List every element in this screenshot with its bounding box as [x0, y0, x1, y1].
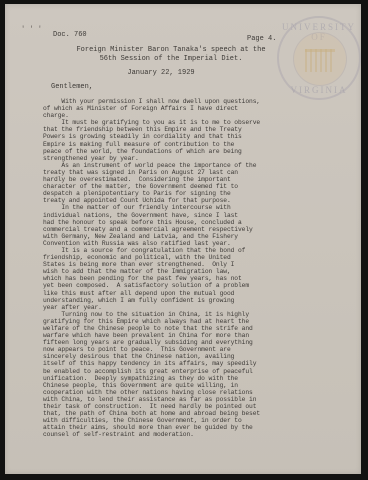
- document-title: Foreign Minister Baron Tanaka's speech a…: [61, 46, 281, 64]
- body-line: It is a source for congratulation that t…: [43, 247, 313, 254]
- seal-rotunda-icon: [293, 32, 347, 86]
- body-line: of which as Minister of Foreign Affairs …: [43, 105, 313, 112]
- body-line: despatch a plenipotentiary to Paris for …: [43, 190, 313, 197]
- title-line-2: 56th Session of the Imperial Diet.: [61, 55, 281, 64]
- body-line: that the friendship between this Empire …: [43, 126, 313, 133]
- body-line: commercial treaty and a commercial agree…: [43, 226, 313, 233]
- body-line: fifteen long years are gradually subsidi…: [43, 339, 313, 346]
- body-line: that, the path of China both at home and…: [43, 410, 313, 417]
- title-line-1: Foreign Minister Baron Tanaka's speech a…: [61, 46, 281, 55]
- body-line: With your permission I shall now dwell u…: [43, 98, 313, 105]
- body-line: character of the matter, the Government …: [43, 183, 313, 190]
- body-line: It must be gratifying to you as it is to…: [43, 119, 313, 126]
- rotunda-building-icon: [305, 49, 335, 72]
- body-line: Chinese people, this Government are quit…: [43, 382, 313, 389]
- body-line: As an instrument of world peace the impo…: [43, 162, 313, 169]
- body-line: charge.: [43, 112, 313, 119]
- body-line: which has been pending for the past few …: [43, 275, 313, 282]
- body-line: counsel of self-restraint and moderation…: [43, 431, 313, 438]
- body-line: Convention with Russia was also ratified…: [43, 240, 313, 247]
- body-line: sincerely desirous that the Chinese nati…: [43, 353, 313, 360]
- body-line: wish to add that the matter of the Immig…: [43, 268, 313, 275]
- body-line: peace of the world, the foundations of w…: [43, 148, 313, 155]
- body-line: understanding, which I am fully confiden…: [43, 297, 313, 304]
- seal-bottom-text: VIRGINIA: [279, 85, 359, 95]
- body-line: yet been composed. A satisfactory soluti…: [43, 282, 313, 289]
- body-line: with China, to lend their assistance as …: [43, 396, 313, 403]
- body-line: itself of this happy tendency in its aff…: [43, 360, 313, 367]
- body-line: Empire is making full measure of contrib…: [43, 141, 313, 148]
- body-line: treaty and appointed Count Uchida for th…: [43, 197, 313, 204]
- body-line: attain their aims, should more than ever…: [43, 424, 313, 431]
- body-line: be enabled to accomplish its great enter…: [43, 368, 313, 375]
- body-line: warfare which have been prevalent in Chi…: [43, 332, 313, 339]
- body-line: unification. Deeply sympathizing as they…: [43, 375, 313, 382]
- margin-marks: ' ' ': [21, 26, 42, 34]
- body-line: year after year.: [43, 304, 313, 311]
- page-number: Page 4.: [247, 35, 276, 43]
- body-line: friendship, economic and political, with…: [43, 254, 313, 261]
- body-line: hardly be overestimated. Considering the…: [43, 176, 313, 183]
- body-line: Turning now to the situation in China, i…: [43, 311, 313, 318]
- body-line: with difficulties, the Chinese Governmen…: [43, 417, 313, 424]
- body-line: with Germany, New Zealand and Latvia, an…: [43, 233, 313, 240]
- body-line: welfare of the Chinese people to note th…: [43, 325, 313, 332]
- body-line: strengthened year by year.: [43, 155, 313, 162]
- university-of-virginia-watermark-seal: UNIVERSITY OF VIRGINIA: [277, 16, 361, 100]
- body-line: Powers is growing steadily in cordiality…: [43, 133, 313, 140]
- body-line: individual nations, the Government have,…: [43, 212, 313, 219]
- body-line: In the matter of our friendly intercours…: [43, 204, 313, 211]
- document-page: UNIVERSITY OF VIRGINIA ' ' ' Doc. 760 Pa…: [5, 4, 361, 474]
- body-line: now appears to point to peace. This Gove…: [43, 346, 313, 353]
- salutation: Gentlemen,: [51, 83, 93, 91]
- document-date: January 22, 1929: [61, 69, 261, 77]
- body-line: States is being more than ever strengthe…: [43, 261, 313, 268]
- body-line: cooperation with the other nations havin…: [43, 389, 313, 396]
- body-line: their task of construction. It need hard…: [43, 403, 313, 410]
- body-line: had the honour to speak before this Hous…: [43, 219, 313, 226]
- body-line: gratifying for this Empire which always …: [43, 318, 313, 325]
- document-number: Doc. 760: [53, 31, 87, 39]
- scan-background: UNIVERSITY OF VIRGINIA ' ' ' Doc. 760 Pa…: [0, 0, 368, 480]
- body-line: treaty that was signed in Paris on Augus…: [43, 169, 313, 176]
- body-line: like this must after all depend upon the…: [43, 290, 313, 297]
- speech-body: With your permission I shall now dwell u…: [43, 98, 313, 439]
